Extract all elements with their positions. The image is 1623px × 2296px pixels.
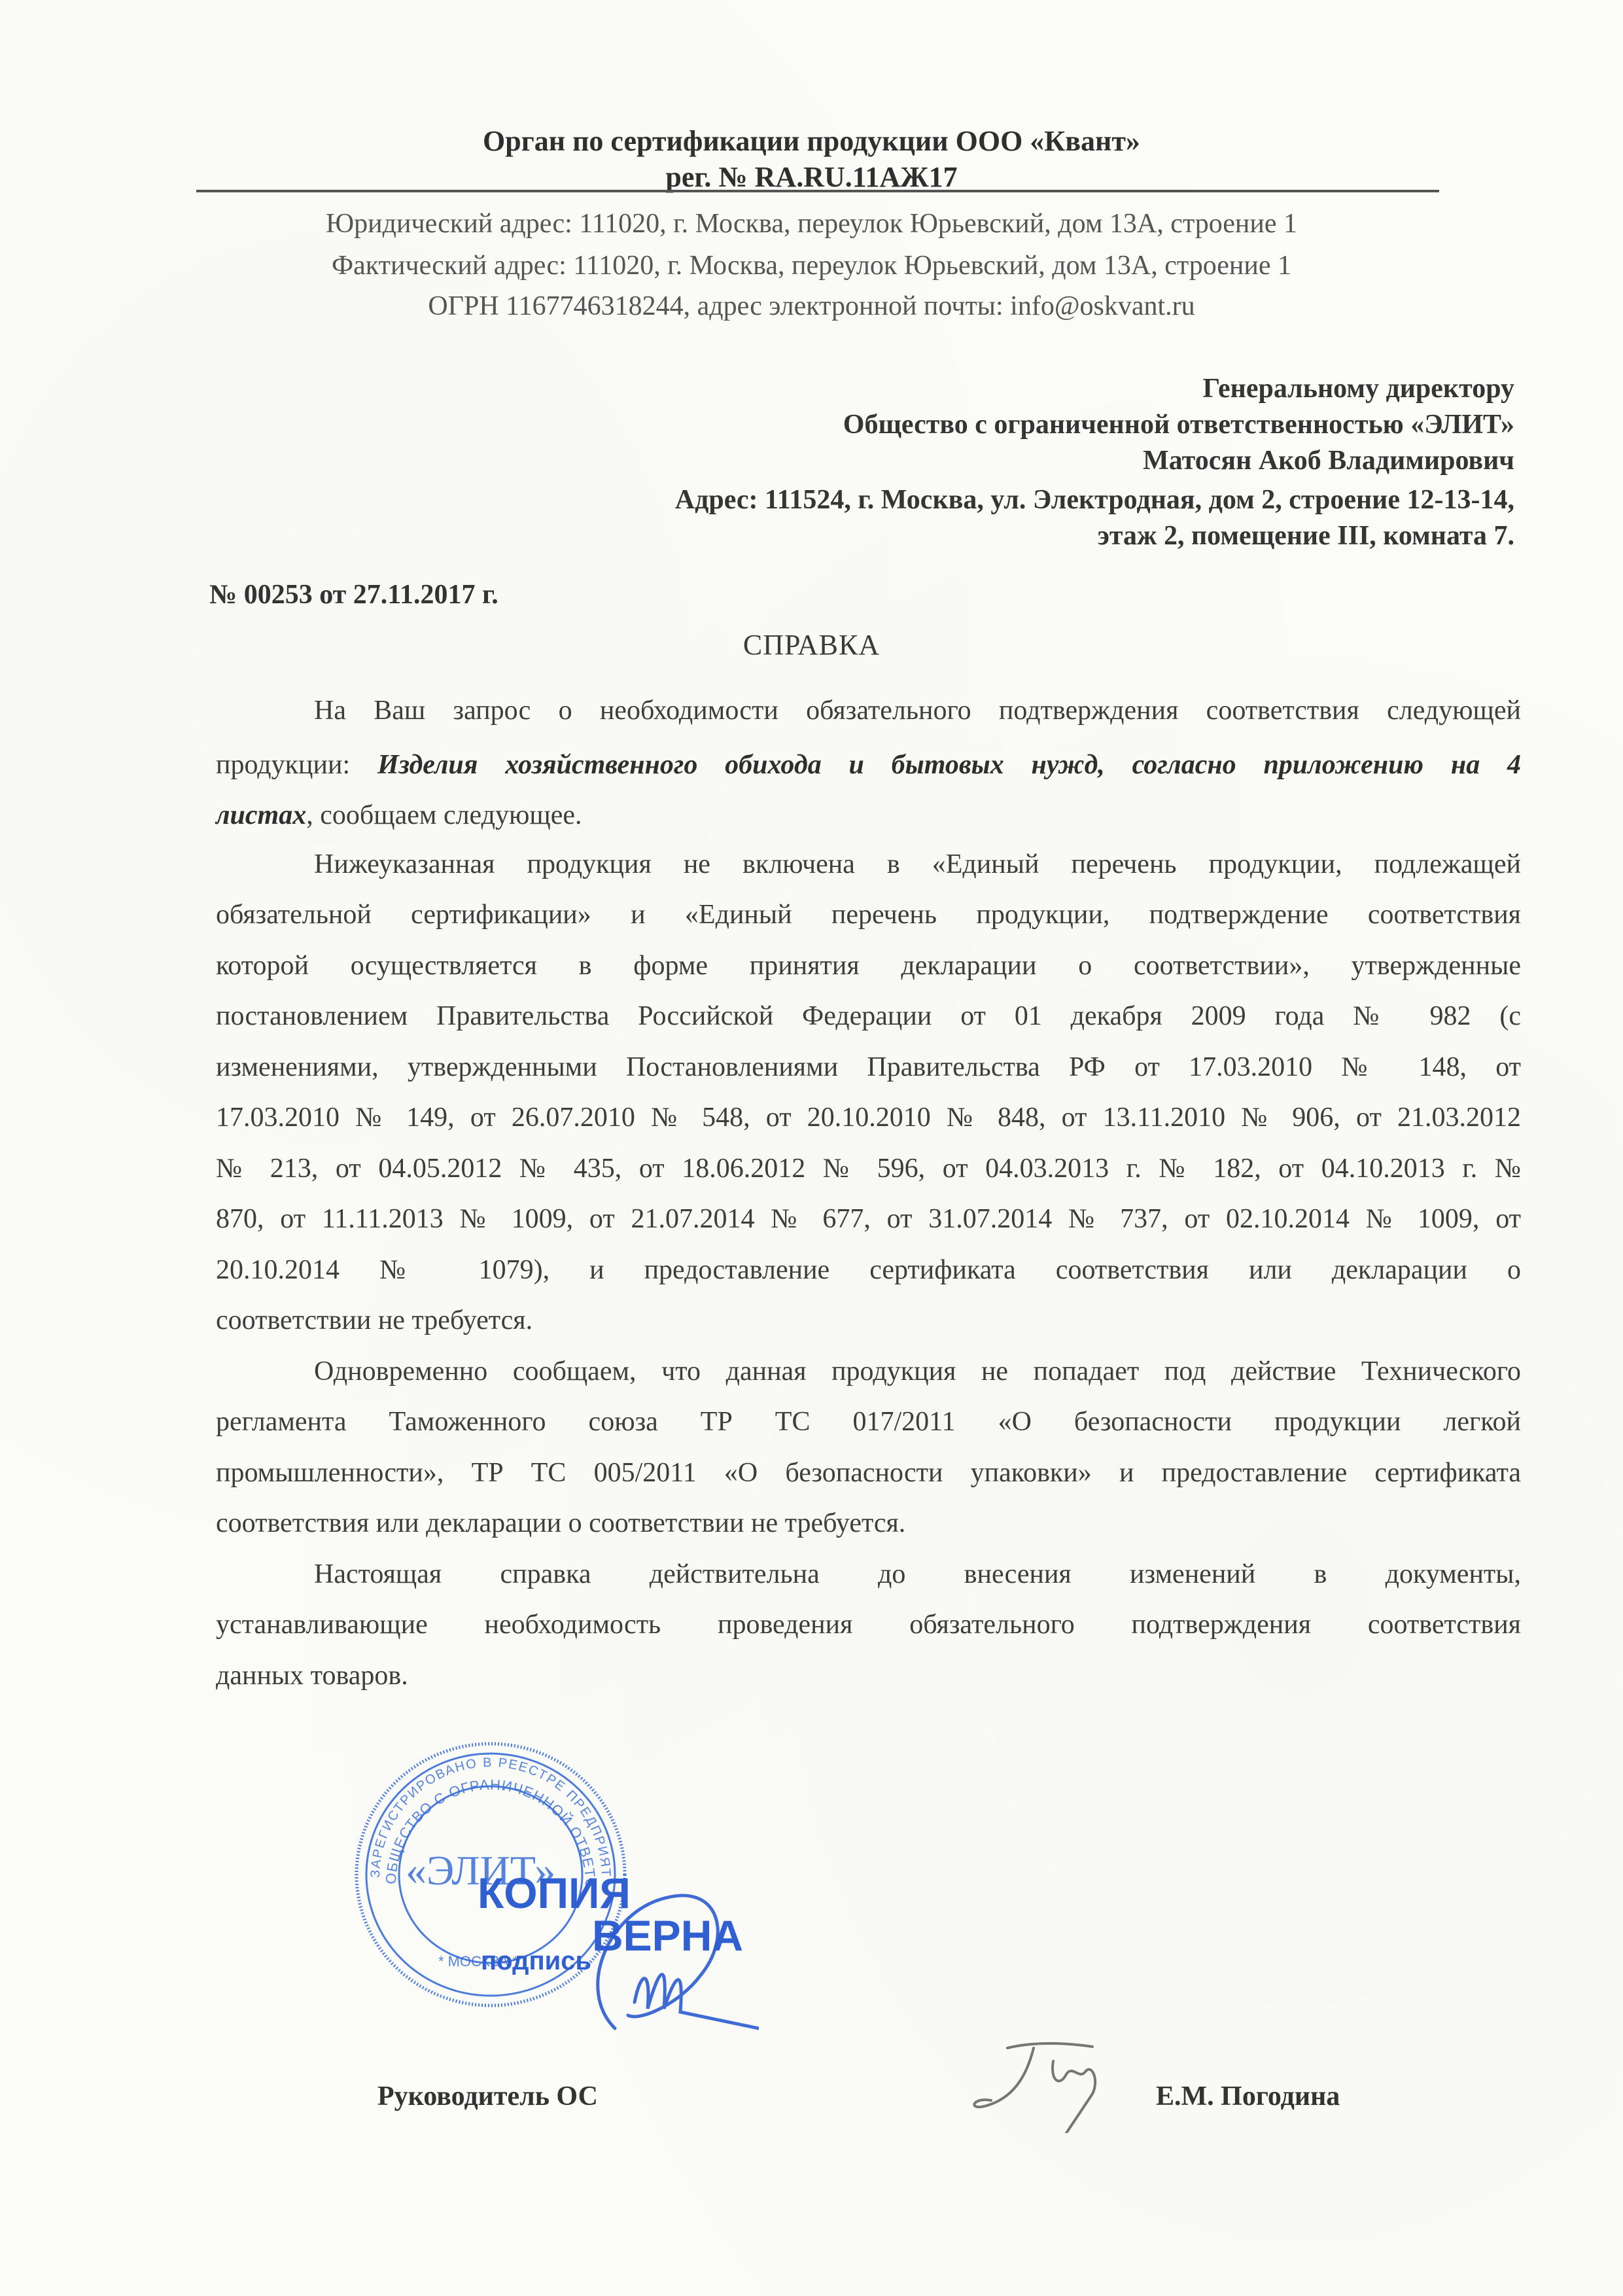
signatory-name: Е.М. Погодина xyxy=(1156,2081,1340,2112)
body-p2-line: соответствии не требуется. xyxy=(216,1307,1521,1334)
body-p2-line: изменениями, утвержденными Постановления… xyxy=(216,1053,1521,1081)
addressee-person: Матосян Акоб Владимирович xyxy=(1143,445,1514,476)
body-p2-line: которой осуществляется в форме принятия … xyxy=(216,952,1521,980)
signatory-role: Руководитель ОС xyxy=(377,2081,598,2112)
body-p2-line: обязательной сертификации» и «Единый пер… xyxy=(216,901,1521,928)
addressee-address-line1: Адрес: 111524, г. Москва, ул. Электродна… xyxy=(675,484,1514,516)
blue-signature-icon xyxy=(536,1858,759,2055)
body-p1-line3: листах, сообщаем следующее. xyxy=(216,802,1521,829)
body-p3-line: Одновременно сообщаем, что данная продук… xyxy=(314,1358,1521,1385)
body-p1-line2: продукции: Изделия хозяйственного обиход… xyxy=(216,751,1521,779)
product-description: Изделия хозяйственного обихода и бытовых… xyxy=(377,750,1521,780)
reg-number: рег. № RA.RU.11АЖ17 xyxy=(0,160,1623,194)
ogrn-email: ОГРН 1167746318244, адрес электронной по… xyxy=(0,291,1623,322)
document-page: Орган по сертификации продукции ООО «Ква… xyxy=(0,0,1623,2296)
org-title: Орган по сертификации продукции ООО «Ква… xyxy=(0,124,1623,158)
legal-address: Юридический адрес: 111020, г. Москва, пе… xyxy=(0,208,1623,239)
company-seal-stamp: ЗАРЕГИСТРИРОВАНО В РЕЕСТРЕ ПРЕДПРИЯТИЙ М… xyxy=(340,1727,641,2019)
p1-suffix: , сообщаем следующее. xyxy=(306,800,582,830)
letterhead-divider xyxy=(196,190,1439,192)
addressee-position: Генеральному директору xyxy=(1202,373,1514,404)
body-p4-line: устанавливающие необходимость проведения… xyxy=(216,1611,1521,1638)
body-p4-line: Настоящая справка действительна до внесе… xyxy=(314,1561,1521,1588)
document-number-date: № 00253 от 27.11.2017 г. xyxy=(209,579,498,610)
body-p2-line: постановлением Правительства Российской … xyxy=(216,1002,1521,1030)
body-p3-line: промышленности», ТР ТС 005/2011 «О безоп… xyxy=(216,1459,1521,1487)
body-p2-line: 20.10.2014 № 1079), и предоставление сер… xyxy=(216,1256,1521,1284)
body-p2-line: 17.03.2010 № 149, от 26.07.2010 № 548, о… xyxy=(216,1104,1521,1131)
body-p4-line: данных товаров. xyxy=(216,1662,1521,1689)
addressee-company: Общество с ограниченной ответственностью… xyxy=(843,409,1514,440)
addressee-address-line2: этаж 2, помещение III, комната 7. xyxy=(1098,520,1514,552)
handwritten-signature-icon xyxy=(962,2035,1138,2133)
document-title: СПРАВКА xyxy=(0,628,1623,662)
body-p3-line: соответствия или декларации о соответств… xyxy=(216,1510,1521,1537)
product-sheets: листах xyxy=(216,800,306,830)
p1-prefix: продукции: xyxy=(216,750,377,780)
body-p1-line1: На Ваш запрос о необходимости обязательн… xyxy=(314,697,1521,724)
body-p2-line: № 213, от 04.05.2012 № 435, от 18.06.201… xyxy=(216,1155,1521,1182)
actual-address: Фактический адрес: 111020, г. Москва, пе… xyxy=(0,250,1623,281)
body-p3-line: регламента Таможенного союза ТР ТС 017/2… xyxy=(216,1408,1521,1436)
body-p2-line: 870, от 11.11.2013 № 1009, от 21.07.2014… xyxy=(216,1205,1521,1233)
body-p2-line: Нижеуказанная продукция не включена в «Е… xyxy=(314,851,1521,878)
